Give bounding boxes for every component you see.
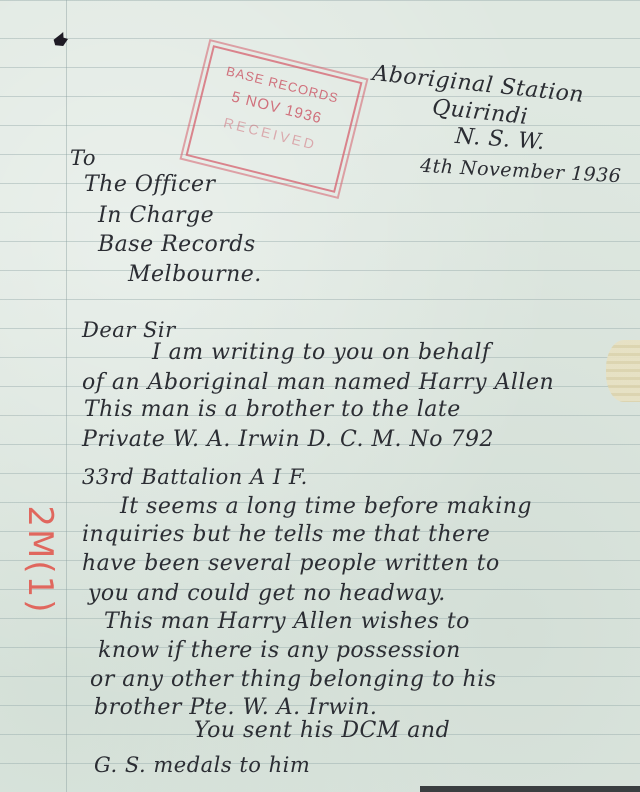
body-line: of an Aboriginal man named Harry Allen xyxy=(82,370,554,395)
body-line: Private W. A. Irwin D. C. M. No 792 xyxy=(82,427,494,452)
recipient-line4: Melbourne. xyxy=(128,262,262,287)
recipient-line2: In Charge xyxy=(98,203,214,228)
salutation: Dear Sir xyxy=(82,318,176,342)
recipient-to: To xyxy=(70,146,96,170)
body-line: I am writing to you on behalf xyxy=(152,340,491,365)
body-line: It seems a long time before making xyxy=(120,494,532,519)
body-line: have been several people written to xyxy=(82,551,500,576)
body-line: or any other thing belonging to his xyxy=(90,667,497,692)
page-edge-shadow xyxy=(420,786,640,792)
margin-annotation-text: 2M(1) xyxy=(20,505,60,614)
paper-stain xyxy=(606,340,640,402)
body-line: 33rd Battalion A I F. xyxy=(82,465,308,489)
body-line: This man is a brother to the late xyxy=(84,397,461,422)
body-line: You sent his DCM and xyxy=(194,718,450,743)
recipient-line3: Base Records xyxy=(98,232,256,257)
body-line: you and could get no headway. xyxy=(88,581,446,606)
margin-annotation: 2M(1) xyxy=(8,500,72,620)
body-line: inquiries but he tells me that there xyxy=(82,522,490,547)
margin-rule xyxy=(66,0,67,792)
body-line: G. S. medals to him xyxy=(94,753,310,777)
letter-page: BASE RECORDS 5 NOV 1936 RECEIVED Aborigi… xyxy=(0,0,640,792)
body-line: brother Pte. W. A. Irwin. xyxy=(94,695,377,720)
recipient-line1: The Officer xyxy=(84,172,216,197)
body-line: know if there is any possession xyxy=(98,638,461,663)
body-line: This man Harry Allen wishes to xyxy=(104,609,470,634)
